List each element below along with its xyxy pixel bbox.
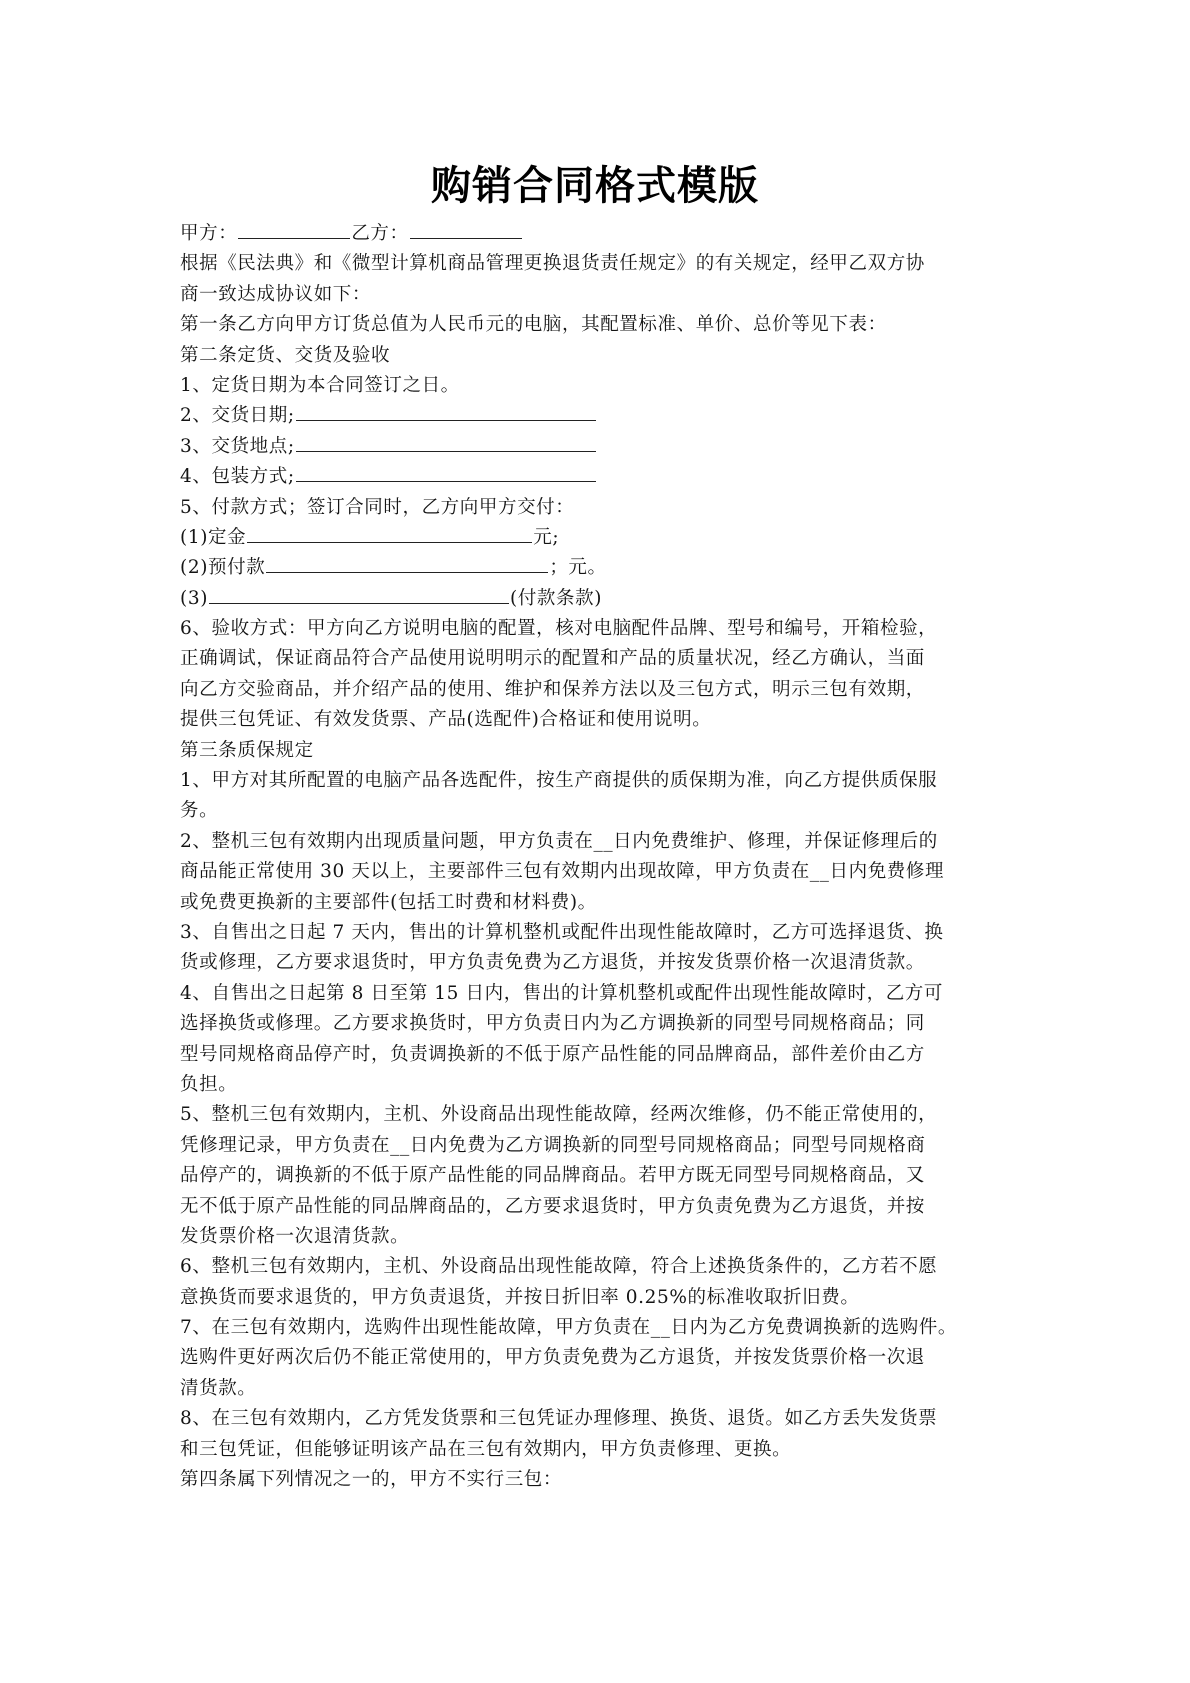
party-b-blank[interactable] [410,220,522,239]
paragraph-line: 1、甲方对其所配置的电脑产品各选配件，按生产商提供的质保期为准，向乙方提供质保服 [180,766,1040,796]
payment-prepay: (2)预付款；元。 [180,553,1040,583]
paragraph-line: 正确调试，保证商品符合产品使用说明明示的配置和产品的质量状况，经乙方确认，当面 [180,644,1040,674]
paragraph-line: 6、整机三包有效期内，主机、外设商品出现性能故障，符合上述换货条件的，乙方若不愿 [180,1252,1040,1282]
terms-blank[interactable] [209,585,509,604]
payment-terms: (3)(付款条款) [180,584,1040,614]
delivery-date-label: 2、交货日期; [180,405,295,426]
delivery-date-blank[interactable] [296,402,596,421]
prepay-label: (2)预付款 [180,557,265,578]
paragraph-line: 选择换货或修理。乙方要求换货时，甲方负责日内为乙方调换新的同型号同规格商品；同 [180,1009,1040,1039]
paragraph-line: 5、整机三包有效期内，主机、外设商品出现性能故障，经两次维修，仍不能正常使用的， [180,1100,1040,1130]
paragraph-line: 6、验收方式：甲方向乙方说明电脑的配置，核对电脑配件品牌、型号和编号，开箱检验， [180,614,1040,644]
paragraph-line: 负担。 [180,1070,1040,1100]
paragraph-line: 务。 [180,796,1040,826]
paragraph-line: 向乙方交验商品，并介绍产品的使用、维护和保养方法以及三包方式，明示三包有效期， [180,675,1040,705]
clause-delivery-date: 2、交货日期; [180,401,1040,431]
paragraph-line: 发货票价格一次退清货款。 [180,1222,1040,1252]
paragraph-line: 品停产的，调换新的不低于原产品性能的同品牌商品。若甲方既无同型号同规格商品，又 [180,1161,1040,1191]
clause-order-date: 1、定货日期为本合同签订之日。 [180,371,1040,401]
terms-label: (3) [180,588,208,609]
paragraph-line: 或免费更换新的主要部件(包括工时费和材料费)。 [180,888,1040,918]
deposit-label: (1)定金 [180,527,246,548]
party-a-label: 甲方： [180,223,237,244]
paragraph-line: 4、自售出之日起第 8 日至第 15 日内，售出的计算机整机或配件出现性能故障时… [180,979,1040,1009]
prepay-suffix: ；元。 [549,557,606,578]
article-four-heading: 第四条属下列情况之一的，甲方不实行三包： [180,1465,1040,1495]
paragraph-line: 凭修理记录，甲方负责在__日内免费为乙方调换新的同型号同规格商品；同型号同规格商 [180,1131,1040,1161]
packaging-label: 4、包装方式; [180,466,295,487]
paragraph-line: 根据《民法典》和《微型计算机商品管理更换退货责任规定》的有关规定，经甲乙双方协 [180,249,1040,279]
clause-packaging: 4、包装方式; [180,462,1040,492]
paragraph-line: 2、整机三包有效期内出现质量问题，甲方负责在__日内免费维护、修理，并保证修理后… [180,827,1040,857]
paragraph-line: 8、在三包有效期内，乙方凭发货票和三包凭证办理修理、换货、退货。如乙方丢失发货票 [180,1404,1040,1434]
deposit-suffix: 元; [533,527,559,548]
packaging-blank[interactable] [296,463,596,482]
clause-delivery-place: 3、交货地点; [180,432,1040,462]
paragraph-line: 型号同规格商品停产时，负责调换新的不低于原产品性能的同品牌商品，部件差价由乙方 [180,1040,1040,1070]
paragraph-line: 提供三包凭证、有效发货票、产品(选配件)合格证和使用说明。 [180,705,1040,735]
clause-payment-method: 5、付款方式；签订合同时，乙方向甲方交付： [180,493,1040,523]
payment-deposit: (1)定金元; [180,523,1040,553]
delivery-place-label: 3、交货地点; [180,436,295,457]
party-a-blank[interactable] [238,220,350,239]
prepay-blank[interactable] [266,554,548,573]
paragraph-line: 商一致达成协议如下： [180,280,1040,310]
paragraph-line: 和三包凭证，但能够证明该产品在三包有效期内，甲方负责修理、更换。 [180,1435,1040,1465]
article-one: 第一条乙方向甲方订货总值为人民币元的电脑，其配置标准、单价、总价等见下表： [180,310,1040,340]
terms-suffix: (付款条款) [510,588,602,609]
deposit-blank[interactable] [247,524,532,543]
paragraph-line: 选购件更好两次后仍不能正常使用的，甲方负责免费为乙方退货，并按发货票价格一次退 [180,1343,1040,1373]
document-body: 甲方：乙方： 根据《民法典》和《微型计算机商品管理更换退货责任规定》的有关规定，… [180,219,1040,1495]
paragraph-line: 3、自售出之日起 7 天内，售出的计算机整机或配件出现性能故障时，乙方可选择退货… [180,918,1040,948]
article-three-heading: 第三条质保规定 [180,736,1040,766]
article-two-heading: 第二条定货、交货及验收 [180,341,1040,371]
paragraph-line: 商品能正常使用 30 天以上，主要部件三包有效期内出现故障，甲方负责在__日内免… [180,857,1040,887]
document-title: 购销合同格式模版 [0,162,1190,210]
parties-line: 甲方：乙方： [180,219,1040,249]
paragraph-line: 意换货而要求退货的，甲方负责退货，并按日折旧率 0.25%的标准收取折旧费。 [180,1283,1040,1313]
paragraph-line: 货或修理，乙方要求退货时，甲方负责免费为乙方退货，并按发货票价格一次退清货款。 [180,948,1040,978]
paragraph-line: 无不低于原产品性能的同品牌商品的，乙方要求退货时，甲方负责免费为乙方退货，并按 [180,1192,1040,1222]
party-b-label: 乙方： [351,223,408,244]
delivery-place-blank[interactable] [296,433,596,452]
paragraph-line: 7、在三包有效期内，选购件出现性能故障，甲方负责在__日内为乙方免费调换新的选购… [180,1313,1040,1343]
paragraph-line: 清货款。 [180,1374,1040,1404]
document-page: 购销合同格式模版 甲方：乙方： 根据《民法典》和《微型计算机商品管理更换退货责任… [0,0,1190,1683]
